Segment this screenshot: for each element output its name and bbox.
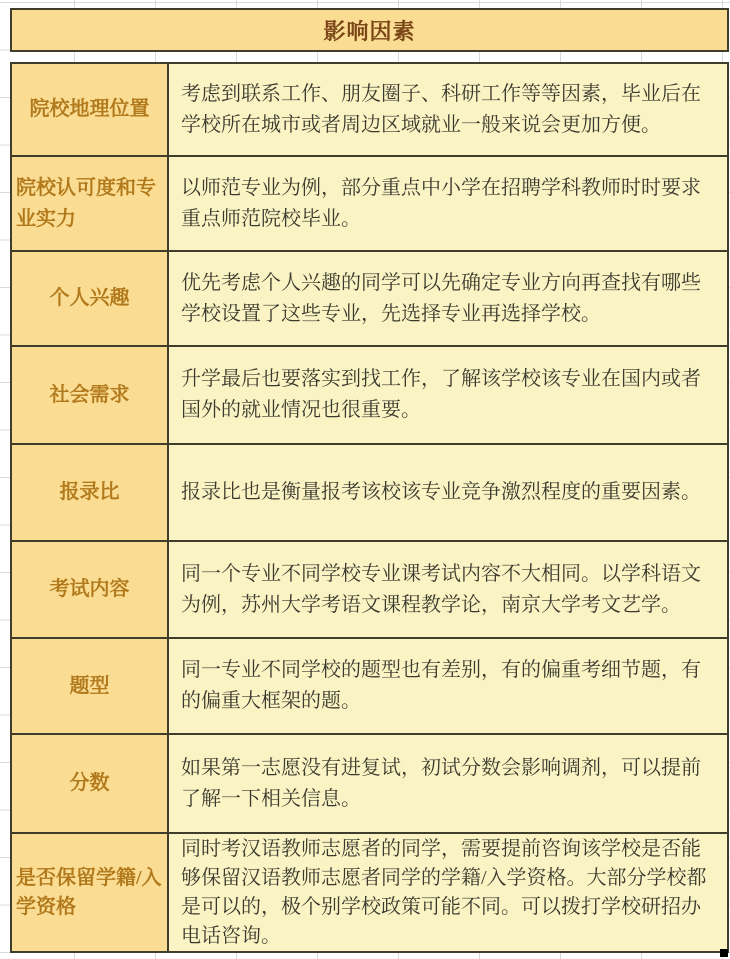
table-row: 个人兴趣 优先考虑个人兴趣的同学可以先确定专业方向再查找有哪些学校设置了这些专业… (12, 252, 727, 347)
table-row: 考试内容 同一个专业不同学校专业课考试内容不大相同。以学科语文为例，苏州大学考语… (12, 542, 727, 639)
factor-label: 院校认可度和专业实力 (16, 173, 163, 235)
factor-label-cell[interactable]: 题型 (12, 639, 169, 733)
factor-label-cell[interactable]: 分数 (12, 735, 169, 832)
factors-table: 院校地理位置 考虑到联系工作、朋友圈子、科研工作等等因素，毕业后在学校所在城市或… (10, 62, 729, 953)
factor-label: 院校地理位置 (30, 94, 150, 125)
table-row: 是否保留学籍/入学资格 同时考汉语教师志愿者的同学，需要提前咨询该学校是否能够保… (12, 834, 727, 951)
factor-label-cell[interactable]: 院校认可度和专业实力 (12, 157, 169, 250)
factor-description: 考虑到联系工作、朋友圈子、科研工作等等因素，毕业后在学校所在城市或者周边区域就业… (181, 79, 715, 141)
factor-description-cell[interactable]: 同一专业不同学校的题型也有差别，有的偏重考细节题，有的偏重大框架的题。 (169, 639, 727, 733)
factor-label-cell[interactable]: 报录比 (12, 445, 169, 540)
factor-label: 社会需求 (50, 380, 130, 411)
factor-label: 个人兴趣 (50, 283, 130, 314)
factor-description: 优先考虑个人兴趣的同学可以先确定专业方向再查找有哪些学校设置了这些专业，先选择专… (181, 268, 715, 330)
factor-description: 升学最后也要落实到找工作，了解该学校该专业在国内或者国外的就业情况也很重要。 (181, 364, 715, 426)
factor-label-cell[interactable]: 院校地理位置 (12, 64, 169, 155)
factor-description: 同一专业不同学校的题型也有差别，有的偏重考细节题，有的偏重大框架的题。 (181, 655, 715, 717)
factor-description-cell[interactable]: 升学最后也要落实到找工作，了解该学校该专业在国内或者国外的就业情况也很重要。 (169, 347, 727, 443)
table-row: 院校认可度和专业实力 以师范专业为例，部分重点中小学在招聘学科教师时时要求重点师… (12, 157, 727, 252)
factor-description-cell[interactable]: 优先考虑个人兴趣的同学可以先确定专业方向再查找有哪些学校设置了这些专业，先选择专… (169, 252, 727, 345)
table-row: 报录比 报录比也是衡量报考该校该专业竞争激烈程度的重要因素。 (12, 445, 727, 542)
table-row: 分数 如果第一志愿没有进复试，初试分数会影响调剂，可以提前了解一下相关信息。 (12, 735, 727, 834)
factor-label-cell[interactable]: 考试内容 (12, 542, 169, 637)
factor-label: 题型 (70, 671, 110, 702)
factor-description-cell[interactable]: 如果第一志愿没有进复试，初试分数会影响调剂，可以提前了解一下相关信息。 (169, 735, 727, 832)
factor-label-cell[interactable]: 个人兴趣 (12, 252, 169, 345)
table-row: 社会需求 升学最后也要落实到找工作，了解该学校该专业在国内或者国外的就业情况也很… (12, 347, 727, 445)
table-title-cell[interactable]: 影响因素 (10, 8, 729, 52)
factor-label: 考试内容 (50, 574, 130, 605)
factor-description: 以师范专业为例，部分重点中小学在招聘学科教师时时要求重点师范院校毕业。 (181, 173, 715, 235)
fill-handle[interactable] (720, 949, 728, 957)
factor-label-cell[interactable]: 社会需求 (12, 347, 169, 443)
factor-label: 分数 (70, 768, 110, 799)
factor-description-cell[interactable]: 同时考汉语教师志愿者的同学，需要提前咨询该学校是否能够保留汉语教师志愿者同学的学… (169, 834, 727, 951)
factor-description-cell[interactable]: 以师范专业为例，部分重点中小学在招聘学科教师时时要求重点师范院校毕业。 (169, 157, 727, 250)
factor-description: 同一个专业不同学校专业课考试内容不大相同。以学科语文为例，苏州大学考语文课程教学… (181, 559, 715, 621)
factor-description: 如果第一志愿没有进复试，初试分数会影响调剂，可以提前了解一下相关信息。 (181, 753, 715, 815)
factor-label: 报录比 (60, 477, 120, 508)
factor-label-cell[interactable]: 是否保留学籍/入学资格 (12, 834, 169, 951)
table-row: 院校地理位置 考虑到联系工作、朋友圈子、科研工作等等因素，毕业后在学校所在城市或… (12, 64, 727, 157)
table-title: 影响因素 (323, 15, 415, 46)
factor-label: 是否保留学籍/入学资格 (16, 864, 163, 922)
factor-description: 报录比也是衡量报考该校该专业竞争激烈程度的重要因素。 (181, 477, 701, 508)
factor-description-cell[interactable]: 考虑到联系工作、朋友圈子、科研工作等等因素，毕业后在学校所在城市或者周边区域就业… (169, 64, 727, 155)
table-row: 题型 同一专业不同学校的题型也有差别，有的偏重考细节题，有的偏重大框架的题。 (12, 639, 727, 735)
factor-description-cell[interactable]: 同一个专业不同学校专业课考试内容不大相同。以学科语文为例，苏州大学考语文课程教学… (169, 542, 727, 637)
factor-description: 同时考汉语教师志愿者的同学，需要提前咨询该学校是否能够保留汉语教师志愿者同学的学… (181, 835, 715, 951)
factor-description-cell[interactable]: 报录比也是衡量报考该校该专业竞争激烈程度的重要因素。 (169, 445, 727, 540)
